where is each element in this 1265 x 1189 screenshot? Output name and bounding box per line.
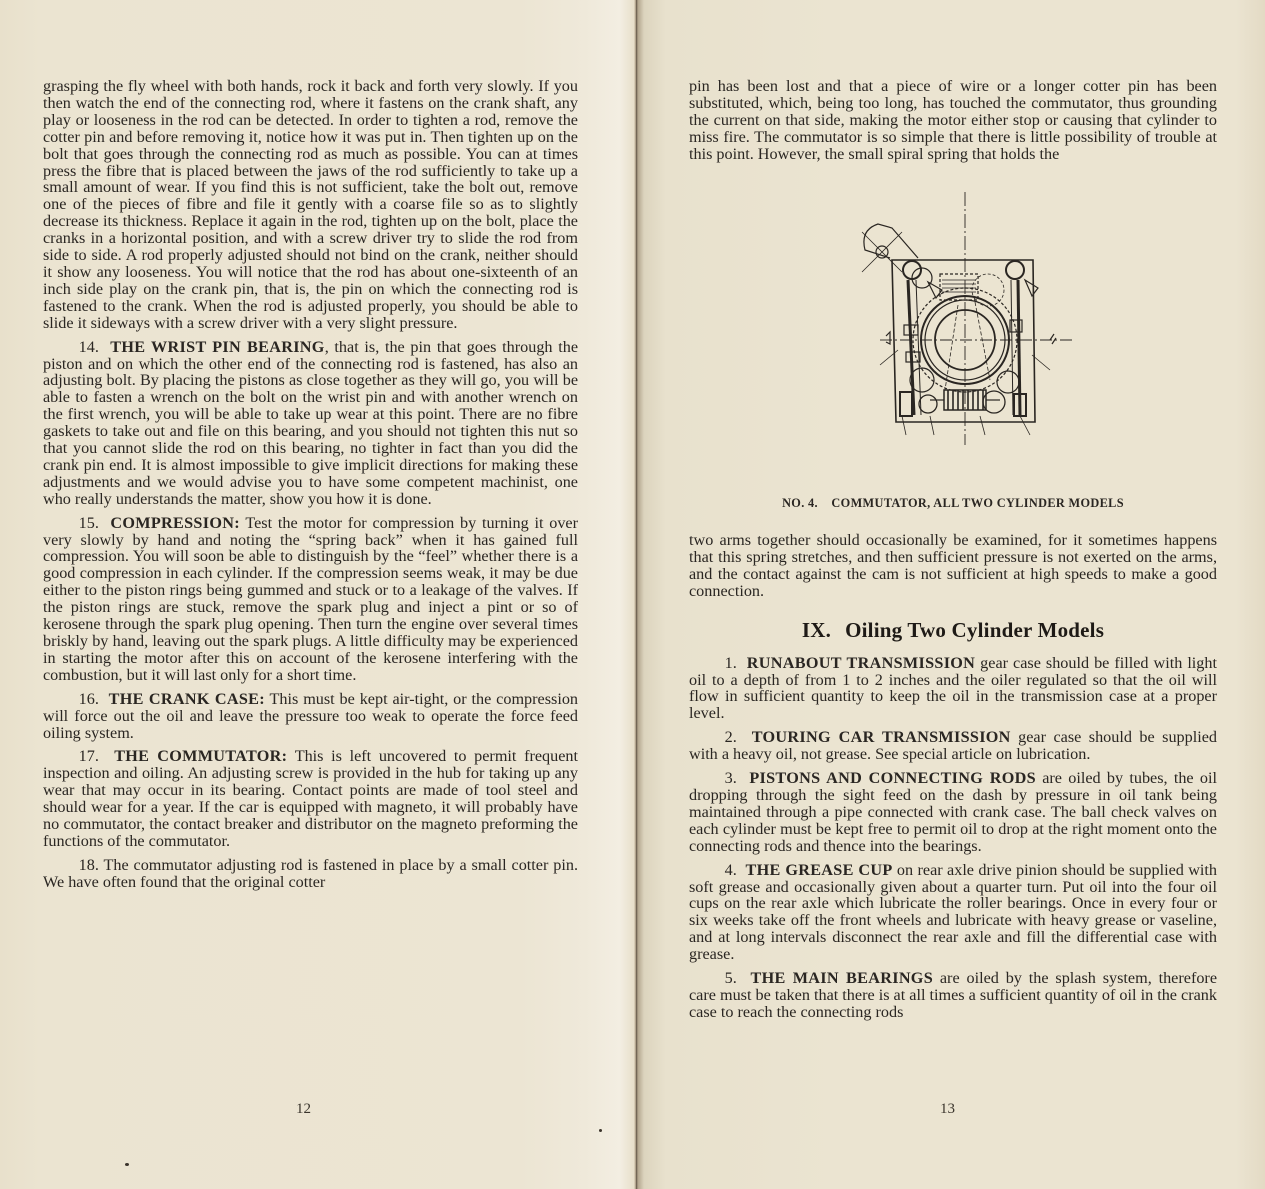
paragraph-continuation: grasping the fly wheel with both hands, … (43, 78, 578, 332)
paragraph-number: 17. (79, 747, 99, 765)
item-number: 3. (725, 769, 737, 787)
item-heading: PISTONS AND CONNECTING RODS (749, 769, 1036, 787)
section-heading: IX.Oiling Two Cylinder Models (689, 618, 1217, 643)
paragraph-heading: COMPRESSION: (110, 514, 240, 532)
item-number: 2. (725, 728, 737, 746)
paragraph-text: grasping the fly wheel with both hands, … (43, 77, 578, 332)
item-heading: RUNABOUT TRANSMISSION (747, 654, 975, 672)
item-2-touring-car-transmission: 2. TOURING CAR TRANSMISSION gear case sh… (689, 729, 1217, 763)
paragraph-text: , that is, the pin that goes through the… (43, 338, 578, 508)
paragraph-16-crank-case: 16. THE CRANK CASE: This must be kept ai… (43, 691, 578, 742)
item-heading: THE GREASE CUP (746, 861, 893, 879)
right-page-top-text: pin has been lost and that a piece of wi… (689, 78, 1217, 163)
paragraph-heading: THE COMMUTATOR: (114, 747, 287, 765)
section-number: IX. (802, 618, 831, 642)
figure-caption: NO. 4. COMMUTATOR, ALL TWO CYLINDER MODE… (689, 496, 1217, 511)
paragraph-text: Test the motor for compression by turnin… (43, 514, 578, 684)
item-5-main-bearings: 5. THE MAIN BEARINGS are oiled by the sp… (689, 970, 1217, 1021)
paragraph-17-commutator: 17. THE COMMUTATOR: This is left uncover… (43, 748, 578, 849)
item-heading: TOURING CAR TRANSMISSION (752, 728, 1011, 746)
figure-number: NO. 4. (782, 496, 818, 510)
right-page-main-text: two arms together should occasionally be… (689, 532, 1217, 1021)
left-page: grasping the fly wheel with both hands, … (0, 0, 636, 1189)
paper-speck (125, 1163, 129, 1166)
paragraph-text: The commutator adjusting rod is fastened… (43, 856, 578, 891)
paragraph-heading: THE WRIST PIN BEARING (110, 338, 324, 356)
paragraph-14-wrist-pin-bearing: 14. THE WRIST PIN BEARING, that is, the … (43, 339, 578, 508)
book-spread: grasping the fly wheel with both hands, … (0, 0, 1265, 1189)
item-number: 4. (725, 861, 737, 879)
item-number: 5. (725, 969, 737, 987)
section-title: Oiling Two Cylinder Models (845, 618, 1104, 642)
paragraph-continuation: pin has been lost and that a piece of wi… (689, 78, 1217, 163)
paragraph-number: 14. (79, 338, 99, 356)
page-number-right: 13 (940, 1101, 955, 1118)
item-4-grease-cup: 4. THE GREASE CUP on rear axle drive pin… (689, 862, 1217, 963)
paragraph-number: 15. (79, 514, 99, 532)
commutator-diagram-icon (840, 190, 1080, 450)
figure-caption-text: COMMUTATOR, ALL TWO CYLINDER MODELS (831, 496, 1124, 510)
item-number: 1. (725, 654, 737, 672)
item-3-pistons-connecting-rods: 3. PISTONS AND CONNECTING RODS are oiled… (689, 770, 1217, 855)
item-heading: THE MAIN BEARINGS (750, 969, 933, 987)
page-number-left: 12 (296, 1101, 311, 1118)
paragraph-number: 16. (79, 690, 99, 708)
left-page-text-column: grasping the fly wheel with both hands, … (43, 78, 578, 891)
paragraph-number: 18. (79, 856, 99, 874)
paragraph-continuation: two arms together should occasionally be… (689, 532, 1217, 600)
item-1-runabout-transmission: 1. RUNABOUT TRANSMISSION gear case shoul… (689, 655, 1217, 723)
commutator-diagram (840, 190, 1080, 450)
paragraph-heading: THE CRANK CASE: (109, 690, 265, 708)
paragraph-18-adjusting-rod: 18. The commutator adjusting rod is fast… (43, 857, 578, 891)
paragraph-15-compression: 15. COMPRESSION: Test the motor for comp… (43, 515, 578, 684)
paper-speck (599, 1129, 602, 1132)
